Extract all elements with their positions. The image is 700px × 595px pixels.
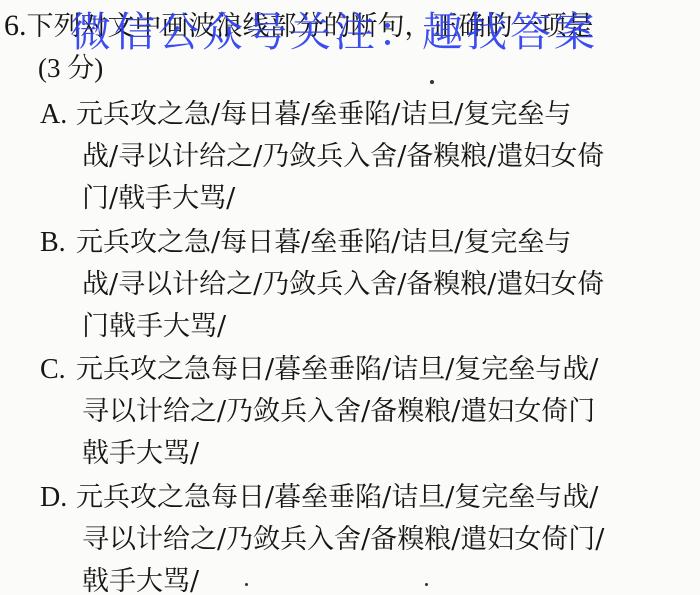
option-line: 寻以计给之/乃敛兵入舍/备糗粮/遣妇女倚门/ bbox=[40, 519, 700, 561]
option-letter: B. bbox=[40, 222, 76, 264]
option-line: 戟手大骂/ bbox=[40, 433, 700, 475]
option-d: D.元兵攻之急每日/暮垒垂陷/诘旦/复完垒与战/ 寻以计给之/乃敛兵入舍/备糗粮… bbox=[40, 477, 700, 595]
option-c: C.元兵攻之急每日/暮垒垂陷/诘旦/复完垒与战/ 寻以计给之/乃敛兵入舍/备糗粮… bbox=[40, 349, 700, 475]
watermark-overlay: 微信公众号关注：趣找答案 bbox=[70, 8, 598, 56]
print-speck bbox=[430, 80, 434, 84]
option-line: D.元兵攻之急每日/暮垒垂陷/诘旦/复完垒与战/ bbox=[40, 477, 700, 519]
option-text: 元兵攻之急/每日暮/垒垂陷/诘旦/复完垒与 bbox=[76, 227, 571, 258]
exam-page: 6.下列对文中画波浪线部分的断句，正确的一项是 (3 分) A.元兵攻之急/每日… bbox=[0, 0, 700, 595]
option-line: C.元兵攻之急每日/暮垒垂陷/诘旦/复完垒与战/ bbox=[40, 349, 700, 391]
option-a: A.元兵攻之急/每日暮/垒垂陷/诘旦/复完垒与 战/寻以计给之/乃敛兵入舍/备糗… bbox=[40, 94, 700, 220]
option-line: 戟手大骂/ bbox=[40, 561, 700, 595]
option-text: 元兵攻之急/每日暮/垒垂陷/诘旦/复完垒与 bbox=[76, 99, 571, 130]
option-line: 寻以计给之/乃敛兵入舍/备糗粮/遣妇女倚门 bbox=[40, 391, 700, 433]
option-line: 门/戟手大骂/ bbox=[40, 178, 700, 220]
option-letter: A. bbox=[40, 94, 76, 136]
option-letter: C. bbox=[40, 349, 76, 391]
option-b: B.元兵攻之急/每日暮/垒垂陷/诘旦/复完垒与 战/寻以计给之/乃敛兵入舍/备糗… bbox=[40, 222, 700, 348]
option-text: 元兵攻之急每日/暮垒垂陷/诘旦/复完垒与战/ bbox=[76, 354, 598, 385]
option-line: 门戟手大骂/ bbox=[40, 306, 700, 348]
question-number: 6. bbox=[4, 9, 27, 42]
print-speck bbox=[425, 583, 428, 586]
option-line: B.元兵攻之急/每日暮/垒垂陷/诘旦/复完垒与 bbox=[40, 222, 700, 264]
option-text: 元兵攻之急每日/暮垒垂陷/诘旦/复完垒与战/ bbox=[76, 482, 598, 513]
option-line: 战/寻以计给之/乃敛兵入舍/备糗粮/遣妇女倚 bbox=[40, 264, 700, 306]
option-line: A.元兵攻之急/每日暮/垒垂陷/诘旦/复完垒与 bbox=[40, 94, 700, 136]
option-letter: D. bbox=[40, 477, 76, 519]
option-line: 战/寻以计给之/乃敛兵入舍/备糗粮/遣妇女倚 bbox=[40, 136, 700, 178]
print-speck bbox=[245, 583, 248, 586]
